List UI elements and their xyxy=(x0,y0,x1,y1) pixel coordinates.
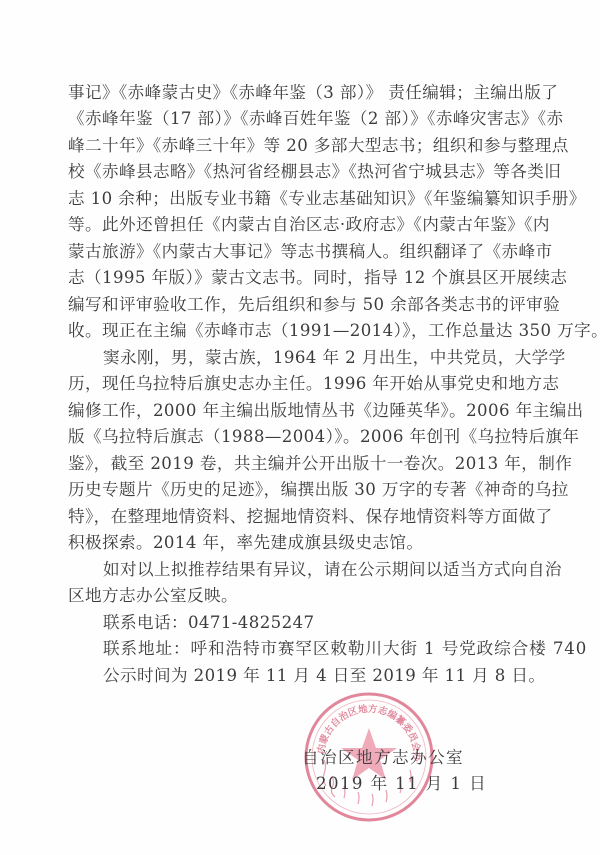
issue-date: 2019 年 11 月 1 日 xyxy=(316,770,487,794)
text-line: 事记》《赤峰蒙古史》《赤峰年鉴（3 部）》 责任编辑；主编出版了 xyxy=(68,80,548,106)
text-line: 峰二十年》《赤峰三十年》等 20 多部大型志书；组织和参与整理点 xyxy=(68,133,548,159)
text-line: 历史专题片《历史的足迹》，编撰出版 30 万字的专著《神奇的乌拉 xyxy=(68,477,548,503)
text-line: 志 10 余种；出版专业书籍《专业志基础知识》《年鉴编纂知识手册》 xyxy=(68,186,548,212)
text-line: 历，现任乌拉特后旗史志办主任。1996 年开始从事党史和地方志 xyxy=(68,371,548,397)
text-line: 收。现正在主编《赤峰市志（1991—2014）》，工作总量达 350 万字。 xyxy=(68,318,548,344)
text-line: 如对以上拟推荐结果有异议，请在公示期间以适当方式向自治 xyxy=(103,557,548,583)
text-line: 志（1995 年版）》蒙古文志书。同时，指导 12 个旗县区开展续志 xyxy=(68,265,548,291)
contact-address: 联系地址：呼和浩特市赛罕区敕勒川大街 1 号党政综合楼 740 xyxy=(103,636,548,662)
document-page: 事记》《赤峰蒙古史》《赤峰年鉴（3 部）》 责任编辑；主编出版了 《赤峰年鉴（1… xyxy=(0,0,600,855)
text-line: 窦永刚，男，蒙古族，1964 年 2 月出生，中共党员，大学学 xyxy=(103,345,548,371)
text-line: 区地方志办公室反映。 xyxy=(68,583,548,609)
contact-phone: 联系电话：0471-4825247 xyxy=(103,610,548,636)
publicity-period: 公示时间为 2019 年 11 月 4 日至 2019 年 11 月 8 日。 xyxy=(103,663,548,689)
text-line: 校《赤峰县志略》《热河省经棚县志》《热河省宁城县志》等各类旧 xyxy=(68,159,548,185)
text-line: 蒙古旅游》《内蒙古大事记》等志书撰稿人。组织翻译了《赤峰市 xyxy=(68,239,548,265)
issuing-organization: 自治区地方志办公室 xyxy=(302,744,464,768)
text-line: 特》，在整理地情资料、挖掘地情资料、保存地情资料等方面做了 xyxy=(68,504,548,530)
text-line: 等。此外还曾担任《内蒙古自治区志·政府志》《内蒙古年鉴》《内 xyxy=(68,212,548,238)
text-line: 《赤峰年鉴（17 部）》《赤峰百姓年鉴（2 部）》《赤峰灾害志》《赤 xyxy=(68,106,548,132)
text-line: 编写和评审验收工作，先后组织和参与 50 余部各类志书的评审验 xyxy=(68,292,548,318)
text-line: 积极探索。2014 年，率先建成旗县级史志馆。 xyxy=(68,530,548,556)
text-line: 鉴》，截至 2019 卷，共主编并公开出版十一卷次。2013 年，制作 xyxy=(68,451,548,477)
text-line: 编修工作，2000 年主编出版地情丛书《边陲英华》。2006 年主编出 xyxy=(68,398,548,424)
text-line: 版《乌拉特后旗志（1988—2004）》。2006 年创刊《乌拉特后旗年 xyxy=(68,424,548,450)
